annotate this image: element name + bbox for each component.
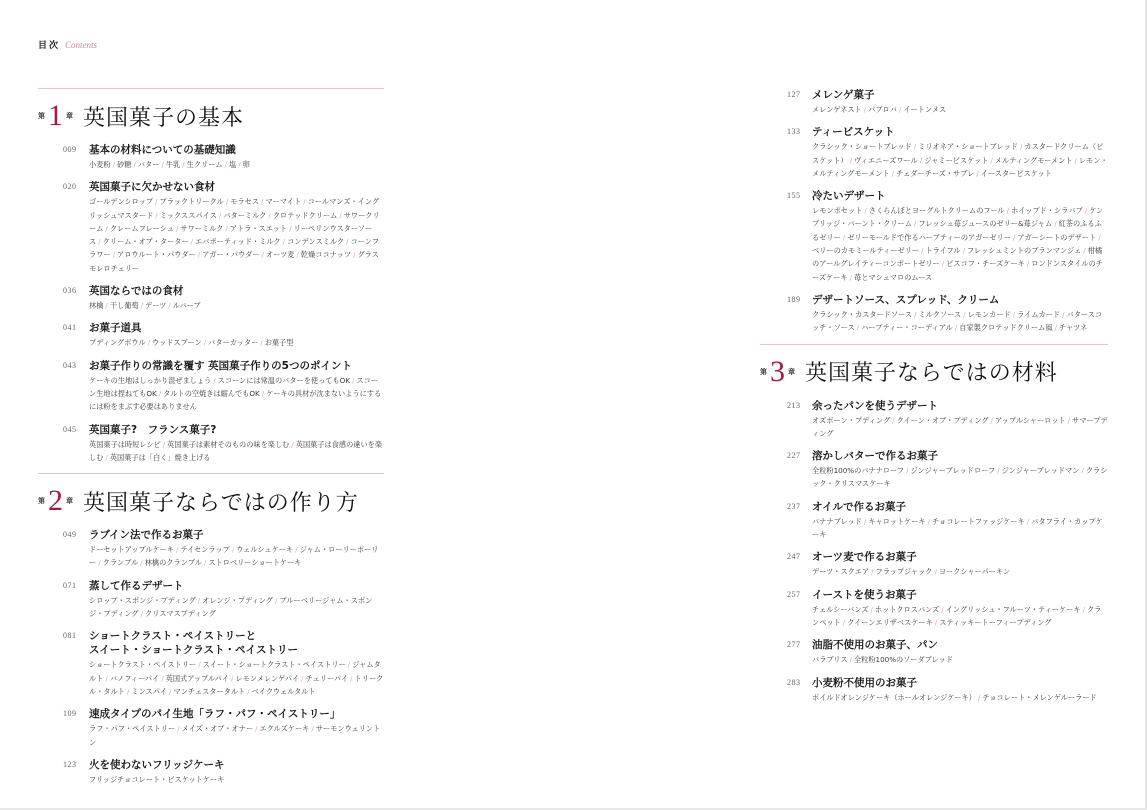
slash-separator: / (352, 376, 354, 385)
chapter-divider (38, 88, 384, 89)
recipe-item: 林檎のクランブル (145, 558, 202, 567)
entry-body: イーストを使うお菓子チェルシーバンズ/ホットクロスバンズ/イングリッシュ・フルー… (812, 588, 1108, 630)
toc-entry[interactable]: 043お菓子作りの常識を覆す 英国菓子作りの5つのポイントケーキの生地はしっかり… (38, 359, 384, 414)
chapter-divider (38, 473, 384, 474)
entry-recipe-list: ボイルドオレンジケーキ（ホールオレンジケーキ）/チョコレート・メレンゲルーラード (812, 691, 1108, 704)
toc-entry[interactable]: 081ショートクラスト・ペイストリーとスイート・ショートクラスト・ペイストリーシ… (38, 629, 384, 698)
slash-separator: / (177, 724, 179, 733)
page-number: 045 (38, 423, 89, 465)
entry-title: 英国ならではの食材 (89, 284, 384, 298)
entry-body: オーツ麦で作るお菓子デーツ・スクエア/フラップジャック/ヨークシャーパーキン (812, 550, 1108, 578)
recipe-item: 全粒粉100%のソーダブレッド (854, 655, 953, 664)
page-number: 277 (760, 638, 812, 666)
slash-separator: / (275, 596, 277, 605)
recipe-item: エバポーティッド・ミルク (195, 237, 281, 246)
chapter-1-entries: 009基本の材料についての基礎知識小麦粉/砂糖/バター/牛乳/生クリーム/塩/卵… (38, 143, 384, 464)
slash-separator: / (914, 142, 916, 151)
entry-recipe-list: クラシック・ショートブレッド/ミリオネア・ショートブレッド/カスタードクリーム（… (812, 140, 1108, 180)
page-number: 227 (760, 449, 812, 491)
slash-separator: / (963, 246, 965, 255)
entry-recipe-list: プディングボウル/ウッドスプーン/バターカッター/お菓子型 (89, 336, 384, 349)
recipe-item: お菓子型 (265, 338, 294, 347)
slash-separator: / (98, 558, 100, 567)
chapter-number: 1 (48, 101, 63, 131)
recipe-item: チェリーパイ (306, 674, 349, 683)
chapter-2-entries: 049ラブイン法で作るお菓子ドーセットアップルケーキ/テイセンラップ/ウェルシュ… (38, 528, 384, 786)
entry-body: 冷たいデザートレモンポセット/さくらんぼとヨーグルトクリームのフール/ホイップド… (812, 189, 1108, 284)
entry-body: ショートクラスト・ペイストリーとスイート・ショートクラスト・ペイストリーショート… (89, 629, 384, 698)
recipe-item: サワーミルク (180, 224, 223, 233)
slash-separator: / (921, 246, 923, 255)
recipe-item: フリッジチョコレート・ビスケットケーキ (89, 775, 224, 784)
recipe-item: 砂糖 (117, 160, 131, 169)
slash-separator: / (182, 160, 184, 169)
slash-separator: / (348, 660, 350, 669)
recipe-item: ミルクソース (919, 310, 962, 319)
recipe-item: ルバーブ (173, 301, 201, 310)
slash-separator: / (255, 724, 257, 733)
slash-separator: / (105, 301, 107, 310)
page-number: 189 (760, 293, 812, 335)
slash-separator: / (941, 605, 943, 614)
toc-entry[interactable]: 009基本の材料についての基礎知識小麦粉/砂糖/バター/牛乳/生クリーム/塩/卵 (38, 143, 384, 171)
slash-separator: / (892, 169, 894, 178)
recipe-item: アロウルート・パウダー (117, 250, 196, 259)
entry-body: オイルで作るお菓子バナナブレッド/キャロットケーキ/チョコレートファッジケーキ/… (812, 500, 1108, 542)
entry-body: 余ったパンを使うデザートオズボーン・プディング/クイーン・オブ・プディング/アッ… (812, 399, 1108, 441)
recipe-item: クリーム・オブ・ターター (103, 237, 189, 246)
recipe-item: アップルシャーロット (995, 416, 1066, 425)
slash-separator: / (163, 440, 165, 449)
entry-title: 小麦粉不使用のお菓子 (812, 676, 1108, 690)
recipe-item: チョコレート・メレンゲルーラード (982, 693, 1096, 702)
recipe-item: エクルズケーキ (259, 724, 309, 733)
slash-separator: / (899, 105, 901, 114)
slash-separator: / (289, 224, 291, 233)
recipe-item: 卵 (243, 160, 250, 169)
recipe-item: イートンメス (903, 105, 946, 114)
entry-recipe-list: クラシック・カスタードソース/ミルクソース/レモンカード/ライムカード/バタース… (812, 308, 1108, 335)
entry-body: 英国ならではの食材林檎/干し葡萄/デーツ/ルバーブ (89, 284, 384, 312)
slash-separator: / (247, 687, 249, 696)
toc-entry[interactable]: 109速成タイプのパイ生地「ラフ・パフ・ペイストリー」ラフ・パフ・ペイストリー/… (38, 707, 384, 749)
slash-separator: / (350, 674, 352, 683)
chapter-title: 英国菓子ならではの作り方 (83, 486, 359, 517)
slash-separator: / (168, 301, 170, 310)
recipe-item: マーマイト (265, 197, 301, 206)
chapter-3-heading: 第 3 章 英国菓子ならではの材料 (760, 349, 1108, 395)
slash-separator: / (914, 310, 916, 319)
entry-recipe-list: デーツ・スクエア/フラップジャック/ヨークシャーパーキン (812, 565, 1108, 578)
slash-separator: / (219, 211, 221, 220)
chapter-title: 英国菓子の基本 (83, 101, 244, 132)
slash-separator: / (914, 219, 916, 228)
chapter-1-heading: 第 1 章 英国菓子の基本 (38, 93, 384, 139)
recipe-item: デーツ・スクエア (812, 567, 869, 576)
slash-separator: / (225, 160, 227, 169)
toc-right-column: 127メレンゲ菓子メレンゲネスト/パブロバ/イートンメス133ティービスケットク… (760, 88, 1108, 713)
entry-recipe-list: 小麦粉/砂糖/バター/牛乳/生クリーム/塩/卵 (89, 158, 384, 171)
slash-separator: / (942, 259, 944, 268)
page-number: 155 (760, 189, 812, 284)
entry-recipe-list: メレンゲネスト/パブロバ/イートンメス (812, 103, 1108, 116)
toc-left-column: 第 1 章 英国菓子の基本 009基本の材料についての基礎知識小麦粉/砂糖/バタ… (38, 88, 384, 795)
page-number: 237 (760, 500, 812, 542)
recipe-item: ゴールデンシロップ (89, 197, 153, 206)
slash-separator: / (204, 558, 206, 567)
recipe-item: 英国菓子は素材そのものの味を楽しむ (167, 440, 289, 449)
recipe-item: 乾燥ココナッツ (301, 250, 351, 259)
recipe-item: ハーブティー・コーディアル (861, 323, 953, 332)
entry-recipe-list: レモンポセット/さくらんぼとヨーグルトクリームのフール/ホイップド・シラバブ/ケ… (812, 204, 1108, 284)
entry-body: お菓子道具プディングボウル/ウッドスプーン/バターカッター/お菓子型 (89, 321, 384, 349)
recipe-item: バター (138, 160, 160, 169)
chapter-prefix: 第 (38, 496, 45, 506)
recipe-item: スティッキートーフィープディング (939, 618, 1051, 627)
recipe-item: ベリーのカモミールティーゼリー (812, 246, 919, 255)
slash-separator: / (1054, 219, 1056, 228)
recipe-item: ミリオネア・ショートブレッド (918, 142, 1018, 151)
entry-title: ティービスケット (812, 125, 1108, 139)
recipe-item: クラシック・カスタードソース (812, 310, 912, 319)
recipe-item: アガー・パウダー (202, 250, 259, 259)
chapter-prefix: 第 (760, 367, 767, 377)
recipe-item: クロテッドクリーム (273, 211, 338, 220)
recipe-item: アガーシートのデザート (1017, 233, 1096, 242)
slash-separator: / (1013, 233, 1015, 242)
slash-separator: / (283, 237, 285, 246)
entry-title: オーツ麦で作るお菓子 (812, 550, 1108, 564)
toc-entry[interactable]: 227溶かしバターで作るお菓子全粒粉100%のバナナローフ/ジンジャーブレッドロ… (760, 449, 1108, 491)
entry-recipe-list: バナナブレッド/キャロットケーキ/チョコレートファッジケーキ/バタフライ・カップ… (812, 515, 1108, 542)
entry-body: 蒸して作るデザートシロップ・スポンジ・プディング/オレンジ・プディング/ブルーベ… (89, 579, 384, 621)
header-title-jp: 目次 (38, 38, 60, 51)
slash-separator: / (141, 609, 143, 618)
slash-separator: / (850, 273, 852, 282)
page-number: 036 (38, 284, 89, 312)
recipe-item: テイセンラップ (180, 545, 229, 554)
entry-body: 小麦粉不使用のお菓子ボイルドオレンジケーキ（ホールオレンジケーキ）/チョコレート… (812, 676, 1108, 704)
recipe-item: ウェルシュケーキ (236, 545, 293, 554)
slash-separator: / (213, 376, 215, 385)
recipe-item: 生クリーム (187, 160, 223, 169)
recipe-item: チョコレートファッジケーキ (932, 517, 1025, 526)
slash-separator: / (225, 224, 227, 233)
recipe-item: ショートクラスト・ペイストリー (89, 660, 196, 669)
slash-separator: / (1020, 142, 1022, 151)
entry-title: お菓子道具 (89, 321, 384, 335)
toc-entry[interactable]: 041お菓子道具プディングボウル/ウッドスプーン/バターカッター/お菓子型 (38, 321, 384, 349)
slash-separator: / (1075, 156, 1077, 165)
recipe-item: プディングボウル (89, 338, 146, 347)
entry-recipe-list: ケーキの生地はしっかり混ぜましょう/スコーンには常温のバターを使ってもOK/スコ… (89, 374, 384, 414)
recipe-item: 干し葡萄 (110, 301, 139, 310)
toc-entry[interactable]: 257イーストを使うお菓子チェルシーバンズ/ホットクロスバンズ/イングリッシュ・… (760, 588, 1108, 630)
entry-recipe-list: バラブリス/全粒粉100%のソーダブレッド (812, 653, 1108, 666)
chapter-prefix: 第 (38, 111, 45, 121)
slash-separator: / (1062, 310, 1064, 319)
recipe-item: 全粒粉100%のバナナローフ (812, 466, 904, 475)
recipe-item: ジンジャーブレッドマン (1002, 466, 1080, 475)
recipe-item: クイーンエリザベスケーキ (847, 618, 933, 627)
slash-separator: / (928, 517, 930, 526)
slash-separator: / (1055, 323, 1057, 332)
entry-title: ラブイン法で作るお菓子 (89, 528, 384, 542)
recipe-item: 英国式アップルパイ (166, 674, 229, 683)
recipe-item: フレッシュミントのブランマンジェ (967, 246, 1081, 255)
chapter-number: 3 (770, 357, 785, 387)
slash-separator: / (155, 197, 157, 206)
toc-entry[interactable]: 123火を使わないフリッジケーキフリッジチョコレート・ビスケットケーキ (38, 758, 384, 786)
slash-separator: / (1083, 605, 1085, 614)
slash-separator: / (191, 237, 193, 246)
slash-separator: / (262, 389, 264, 398)
recipe-item: クレームフレーシュ (110, 224, 174, 233)
recipe-item: ゼリーモールドで作るハーブティーのアガーゼリー (847, 233, 1011, 242)
recipe-item: メイズ・オブ・オナー (182, 724, 253, 733)
slash-separator: / (140, 558, 142, 567)
recipe-item: メルティングモーメント (995, 156, 1073, 165)
slash-separator: / (1007, 206, 1009, 215)
entry-title: 余ったパンを使うデザート (812, 399, 1108, 413)
chapter-number: 2 (48, 486, 63, 516)
chapter-suffix: 章 (66, 111, 73, 121)
slash-separator: / (1085, 206, 1087, 215)
recipe-item: 塩 (229, 160, 236, 169)
slash-separator: / (238, 160, 240, 169)
chapter-suffix: 章 (66, 496, 73, 506)
slash-separator: / (339, 211, 341, 220)
slash-separator: / (141, 301, 143, 310)
recipe-item: フレッシュ苺ジュースのゼリー&苺ジャム (918, 219, 1052, 228)
recipe-item: シロップ・スポンジ・プディング (89, 596, 196, 605)
entry-recipe-list: 全粒粉100%のバナナローフ/ジンジャーブレッドローフ/ジンジャーブレッドマン/… (812, 464, 1108, 491)
slash-separator: / (990, 156, 992, 165)
slash-separator: / (301, 674, 303, 683)
slash-separator: / (133, 160, 135, 169)
slash-separator: / (963, 310, 965, 319)
toc-entry[interactable]: 237オイルで作るお菓子バナナブレッド/キャロットケーキ/チョコレートファッジケ… (760, 500, 1108, 542)
slash-separator: / (296, 250, 298, 259)
recipe-item: ヴィエニーズワール (854, 156, 918, 165)
recipe-item: イースタービスケット (981, 169, 1052, 178)
toc-entry[interactable]: 283小麦粉不使用のお菓子ボイルドオレンジケーキ（ホールオレンジケーキ）/チョコ… (760, 676, 1108, 704)
recipe-item: アトラ・スエット (230, 224, 287, 233)
toc-entry[interactable]: 127メレンゲ菓子メレンゲネスト/パブロバ/イートンメス (760, 88, 1108, 116)
recipe-item: ラフ・パフ・ペイストリー (89, 724, 175, 733)
page-number: 081 (38, 629, 89, 698)
toc-entry[interactable]: 277油脂不使用のお菓子、パンバラブリス/全粒粉100%のソーダブレッド (760, 638, 1108, 666)
entry-title: 溶かしバターで作るお菓子 (812, 449, 1108, 463)
chapter-2-heading: 第 2 章 英国菓子ならではの作り方 (38, 478, 384, 524)
entry-recipe-list: オズボーン・プディング/クイーン・オブ・プディング/アップルシャーロット/サマー… (812, 414, 1108, 441)
toc-entry[interactable]: 020英国菓子に欠かせない食材ゴールデンシロップ/ブラックトリークル/モラセス/… (38, 180, 384, 275)
slash-separator: / (268, 211, 270, 220)
slash-separator: / (864, 517, 866, 526)
page-number: 043 (38, 359, 89, 414)
slash-separator: / (906, 466, 908, 475)
slash-separator: / (934, 567, 936, 576)
chapter-title: 英国菓子ならではの材料 (805, 356, 1058, 387)
recipe-item: コンデンスミルク (287, 237, 344, 246)
recipe-item: モラセス (230, 197, 259, 206)
slash-separator: / (105, 674, 107, 683)
recipe-item: さくらんぼとヨーグルトクリームのフール (869, 206, 1005, 215)
slash-separator: / (1081, 466, 1083, 475)
page-number: 109 (38, 707, 89, 749)
toc-entry[interactable]: 049ラブイン法で作るお菓子ドーセットアップルケーキ/テイセンラップ/ウェルシュ… (38, 528, 384, 570)
slash-separator: / (204, 338, 206, 347)
entry-title: 油脂不使用のお菓子、パン (812, 638, 1108, 652)
slash-separator: / (291, 440, 293, 449)
recipe-item: クラシック・ショートブレッド (812, 142, 912, 151)
slash-separator: / (1098, 233, 1100, 242)
recipe-item: ブラックトリークル (160, 197, 224, 206)
entry-body: デザートソース、スプレッド、クリームクラシック・カスタードソース/ミルクソース/… (812, 293, 1108, 335)
entry-body: ラブイン法で作るお菓子ドーセットアップルケーキ/テイセンラップ/ウェルシュケーキ… (89, 528, 384, 570)
recipe-item: 英国菓子は時短レシピ (89, 440, 161, 449)
toc-entry[interactable]: 155冷たいデザートレモンポセット/さくらんぼとヨーグルトクリームのフール/ホイ… (760, 189, 1108, 284)
slash-separator: / (850, 156, 852, 165)
slash-separator: / (976, 169, 978, 178)
recipe-item: デーツ (145, 301, 166, 310)
toc-entry[interactable]: 189デザートソース、スプレッド、クリームクラシック・カスタードソース/ミルクソ… (760, 293, 1108, 335)
entry-recipe-list: ラフ・パフ・ペイストリー/メイズ・オブ・オナー/エクルズケーキ/サーモンウェリン… (89, 722, 384, 749)
entry-body: 溶かしバターで作るお菓子全粒粉100%のバナナローフ/ジンジャーブレッドローフ/… (812, 449, 1108, 491)
recipe-item: オズボーン・プディング (812, 416, 890, 425)
slash-separator: / (232, 545, 234, 554)
page-number: 133 (760, 125, 812, 180)
recipe-item: チェルシーバンズ (812, 605, 869, 614)
toc-entry[interactable]: 213余ったパンを使うデザートオズボーン・プディング/クイーン・オブ・プディング… (760, 399, 1108, 441)
slash-separator: / (295, 545, 297, 554)
slash-separator: / (1083, 246, 1085, 255)
slash-separator: / (262, 250, 264, 259)
recipe-item: イングリッシュ・フルーツ・ティーケーキ (946, 605, 1081, 614)
recipe-item: ビスコフ・チーズケーキ (946, 259, 1025, 268)
toc-entry[interactable]: 045英国菓子? フランス菓子?英国菓子は時短レシピ/英国菓子は素材そのものの味… (38, 423, 384, 465)
slash-separator: / (176, 224, 178, 233)
toc-entry[interactable]: 071蒸して作るデザートシロップ・スポンジ・プディング/オレンジ・プディング/ブ… (38, 579, 384, 621)
slash-separator: / (920, 156, 922, 165)
slash-separator: / (161, 160, 163, 169)
toc-entry[interactable]: 133ティービスケットクラシック・ショートブレッド/ミリオネア・ショートブレッド… (760, 125, 1108, 180)
slash-separator: / (260, 338, 262, 347)
recipe-item: オレンジ・プディング (202, 596, 273, 605)
entry-body: 速成タイプのパイ生地「ラフ・パフ・ペイストリー」ラフ・パフ・ペイストリー/メイズ… (89, 707, 384, 749)
slash-separator: / (353, 250, 355, 259)
page-number: 009 (38, 143, 89, 171)
entry-title: 速成タイプのパイ生地「ラフ・パフ・ペイストリー」 (89, 707, 384, 721)
recipe-item: スイート・ショートクラスト・ペイストリー (203, 660, 346, 669)
slash-separator: / (105, 224, 107, 233)
recipe-item: ボイルドオレンジケーキ（ホールオレンジケーキ） (812, 693, 976, 702)
page-number: 071 (38, 579, 89, 621)
entry-title: 蒸して作るデザート (89, 579, 384, 593)
recipe-item: バラブリス (812, 655, 848, 664)
entry-recipe-list: チェルシーバンズ/ホットクロスバンズ/イングリッシュ・フルーツ・ティーケーキ/ク… (812, 603, 1108, 630)
entry-body: 油脂不使用のお菓子、パンバラブリス/全粒粉100%のソーダブレッド (812, 638, 1108, 666)
slash-separator: / (892, 416, 894, 425)
slash-separator: / (169, 687, 171, 696)
chapter-3-entries: 213余ったパンを使うデザートオズボーン・プディング/クイーン・オブ・プディング… (760, 399, 1108, 704)
entry-title: イーストを使うお菓子 (812, 588, 1108, 602)
recipe-item: ライムカード (1017, 310, 1060, 319)
recipe-item: 苺とマシュマロのムース (854, 273, 932, 282)
page-number: 127 (760, 88, 812, 116)
slash-separator: / (231, 674, 233, 683)
recipe-item: チェダーチーズ・サブレ (896, 169, 974, 178)
recipe-item: タルトの空焼きは縮んでもOK (163, 389, 260, 398)
page-number: 257 (760, 588, 812, 630)
slash-separator: / (113, 160, 115, 169)
chapter-divider (760, 344, 1108, 345)
entry-recipe-list: ドーセットアップルケーキ/テイセンラップ/ウェルシュケーキ/ジャム・ローリーポー… (89, 543, 384, 570)
recipe-item: パブロバ (868, 105, 897, 114)
slash-separator: / (1068, 416, 1070, 425)
slash-separator: / (105, 453, 107, 462)
toc-entry[interactable]: 247オーツ麦で作るお菓子デーツ・スクエア/フラップジャック/ヨークシャーパーキ… (760, 550, 1108, 578)
page-number: 049 (38, 528, 89, 570)
recipe-item: ケーキの生地はしっかり混ぜましょう (89, 376, 211, 385)
recipe-item: ベイクウェルタルト (252, 687, 316, 696)
recipe-item: ミックススパイス (160, 211, 217, 220)
entry-recipe-list: ゴールデンシロップ/ブラックトリークル/モラセス/マーマイト/コールマンズ・イン… (89, 195, 384, 275)
slash-separator: / (261, 197, 263, 206)
recipe-item: フラップジャック (876, 567, 933, 576)
slash-separator: / (155, 211, 157, 220)
slash-separator: / (843, 233, 845, 242)
slash-separator: / (303, 197, 305, 206)
entry-body: 基本の材料についての基礎知識小麦粉/砂糖/バター/牛乳/生クリーム/塩/卵 (89, 143, 384, 171)
header-title-en: Contents (65, 40, 97, 50)
slash-separator: / (850, 655, 852, 664)
slash-separator: / (148, 338, 150, 347)
slash-separator: / (159, 389, 161, 398)
entry-body: お菓子作りの常識を覆す 英国菓子作りの5つのポイントケーキの生地はしっかり混ぜま… (89, 359, 384, 414)
recipe-item: 林檎 (89, 301, 103, 310)
entry-title: 英国菓子? フランス菓子? (89, 423, 384, 437)
recipe-item: トライフル (925, 246, 960, 255)
recipe-item: ジンジャーブレッドローフ (911, 466, 996, 475)
recipe-item: レモンポセット (812, 206, 862, 215)
entry-title: 英国菓子に欠かせない食材 (89, 180, 384, 194)
recipe-item: 牛乳 (166, 160, 180, 169)
slash-separator: / (978, 693, 980, 702)
recipe-item: ウッドスプーン (152, 338, 202, 347)
entry-title: ショートクラスト・ペイストリーと (89, 629, 384, 643)
entry-recipe-list: フリッジチョコレート・ビスケットケーキ (89, 773, 384, 786)
entry-recipe-list: 英国菓子は時短レシピ/英国菓子は素材そのものの味を楽しむ/英国菓子は食感の違いを… (89, 438, 384, 465)
recipe-item: チャツネ (1059, 323, 1087, 332)
entry-recipe-list: シロップ・スポンジ・プディング/オレンジ・プディング/ブルーベリージャム・スポン… (89, 594, 384, 621)
page-header: 目次 Contents (38, 38, 97, 51)
slash-separator: / (226, 197, 228, 206)
slash-separator: / (198, 250, 200, 259)
recipe-item: バターカッター (208, 338, 258, 347)
toc-entry[interactable]: 036英国ならではの食材林檎/干し葡萄/デーツ/ルバーブ (38, 284, 384, 312)
chapter-2-continued-entries: 127メレンゲ菓子メレンゲネスト/パブロバ/イートンメス133ティービスケットク… (760, 88, 1108, 335)
page-number: 041 (38, 321, 89, 349)
slash-separator: / (1027, 259, 1029, 268)
recipe-item: バノフィーパイ (110, 674, 159, 683)
entry-body: 英国菓子に欠かせない食材ゴールデンシロップ/ブラックトリークル/モラセス/マーマ… (89, 180, 384, 275)
page-number: 123 (38, 758, 89, 786)
slash-separator: / (843, 618, 845, 627)
slash-separator: / (198, 660, 200, 669)
recipe-item: 小麦粉 (89, 160, 111, 169)
entry-title-line2: スイート・ショートクラスト・ペイストリー (89, 643, 384, 657)
